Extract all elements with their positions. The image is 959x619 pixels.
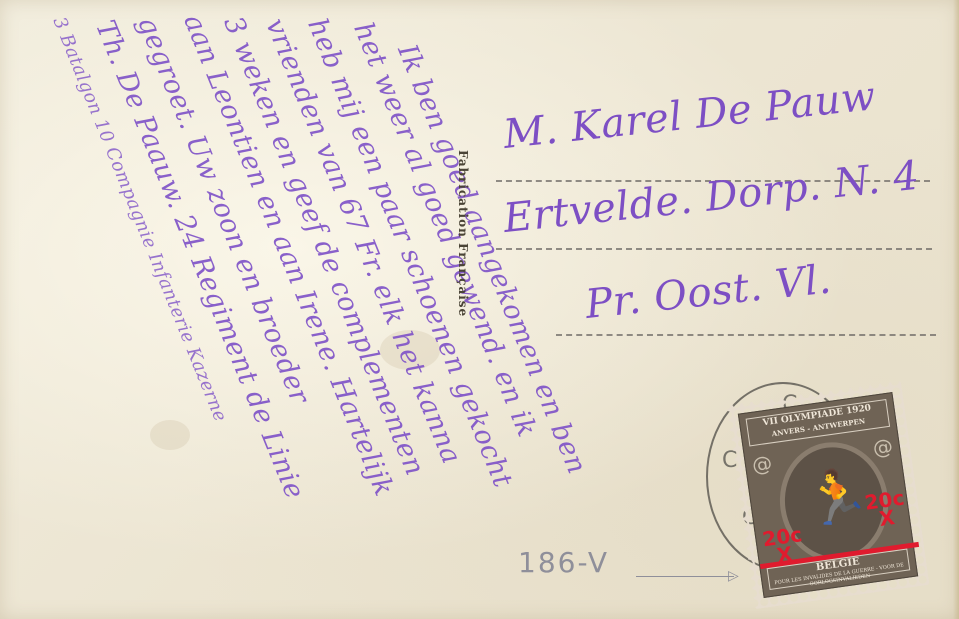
arrow-head-icon: ▷ [728, 568, 739, 584]
publisher-imprint: Fabrication Française [456, 150, 470, 317]
pencil-annotation: 186-V [518, 546, 609, 579]
arrow-line [636, 576, 734, 577]
scroll-ornament-icon: @ [871, 434, 894, 461]
scroll-ornament-icon: @ [750, 451, 773, 478]
card-edge [953, 0, 959, 619]
address-line-province: Pr. Oost. Vl. [583, 256, 833, 328]
address-line-name: M. Karel De Pauw [501, 73, 878, 158]
address-dotted-line [496, 248, 932, 250]
overprint-value-right: 20c X [864, 489, 908, 530]
address-dotted-line [556, 334, 936, 336]
address-line-street: Ertvelde. Dorp. N. 4 [501, 153, 921, 242]
handwritten-message: Ik ben goed aangekomen en ben het weer a… [20, 0, 460, 619]
postcard-back: Ik ben goed aangekomen en ben het weer a… [0, 0, 959, 619]
postage-stamp: VII OLYMPIADE 1920 ANVERS - ANTWERPEN @ … [727, 381, 930, 609]
discus-thrower-icon: 🏃 [800, 463, 873, 532]
stamp-face: VII OLYMPIADE 1920 ANVERS - ANTWERPEN @ … [738, 392, 918, 598]
